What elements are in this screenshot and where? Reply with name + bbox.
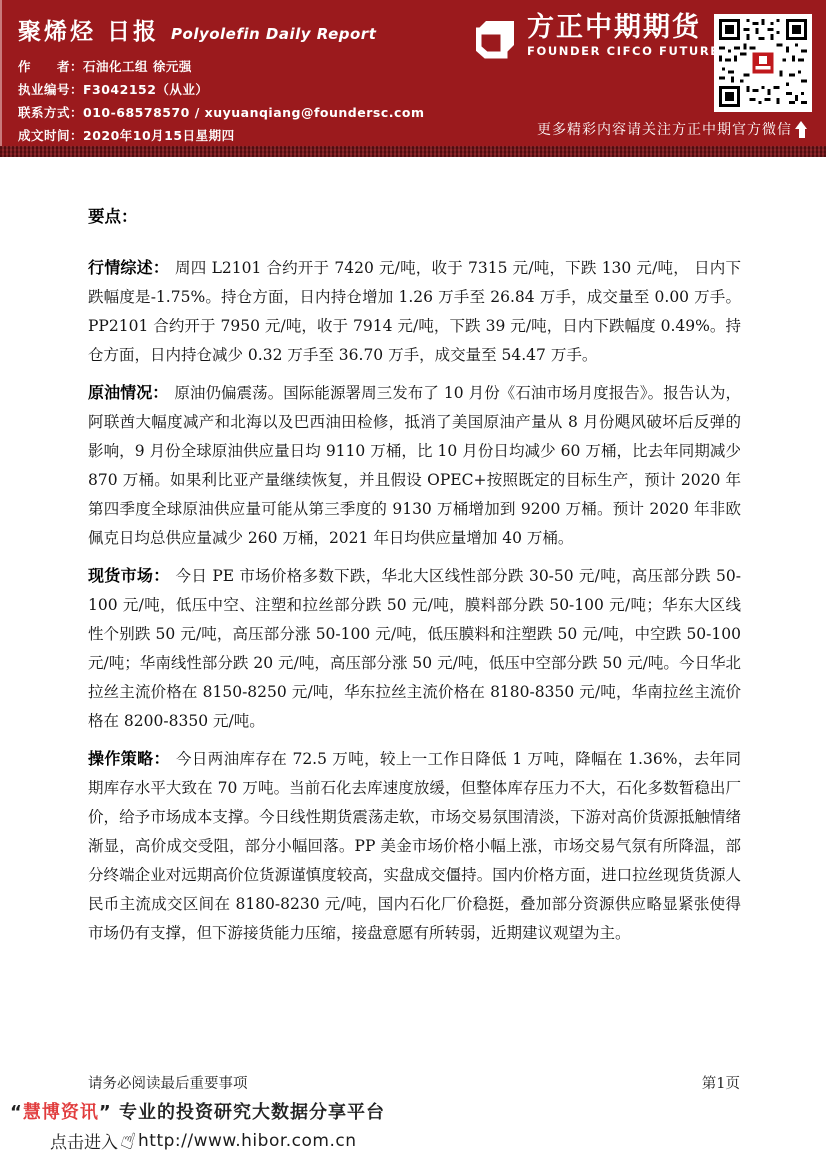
report-title: 聚烯烃 日报 Polyolefin Daily Report xyxy=(18,13,425,46)
hibor-url-link[interactable]: http://www.hibor.com.cn xyxy=(138,1131,357,1151)
hibor-brand-name: 慧博资讯 xyxy=(23,1102,99,1123)
masthead-texture-strip xyxy=(0,146,826,157)
section-text-market-summary: 周四 L2101 合约开于 7420 元/吨，收于 7315 元/吨，下跌 13… xyxy=(88,259,741,364)
open-quote: “ xyxy=(10,1102,23,1123)
hand-pointer-icon: ☝ xyxy=(118,1129,138,1152)
section-label-market-summary: 行情综述： xyxy=(88,258,169,277)
enter-label: 点击进入 xyxy=(50,1128,118,1153)
report-date-row: 成文时间：2020年10月15日星期四 xyxy=(18,124,425,147)
page-number: 第1页 xyxy=(702,1072,740,1093)
wechat-follow-note: 更多精彩内容请关注方正中期官方微信 xyxy=(537,119,808,139)
section-label-spot-market: 现货市场： xyxy=(88,566,170,585)
wechat-qr-code xyxy=(714,14,812,112)
footer-disclaimer-note: 请务必阅读最后重要事项 xyxy=(88,1072,248,1093)
founder-cifco-logo: 方正中期期货 FOUNDER CIFCO FUTURES xyxy=(476,13,730,61)
hibor-tagline-row: “慧博资讯” 专业的投资研究大数据分享平台 xyxy=(10,1098,385,1124)
report-content: 要点： 行情综述：周四 L2101 合约开于 7420 元/吨，收于 7315 … xyxy=(0,157,826,948)
section-strategy: 操作策略：今日两油库存在 72.5 万吨，较上一工作日降低 1 万吨，降幅在 1… xyxy=(88,744,741,948)
section-label-strategy: 操作策略： xyxy=(88,749,170,768)
section-label-crude-oil: 原油情况： xyxy=(88,383,168,402)
report-masthead: 聚烯烃 日报 Polyolefin Daily Report 作 者：石油化工组… xyxy=(0,0,826,146)
section-spot-market: 现货市场：今日 PE 市场价格多数下跌，华北大区线性部分跌 30-50 元/吨，… xyxy=(88,561,741,736)
contact-row: 联系方式：010-68578570 / xuyuanqiang@founders… xyxy=(18,101,425,124)
report-page: 聚烯烃 日报 Polyolefin Daily Report 作 者：石油化工组… xyxy=(0,0,826,1169)
close-quote: ” xyxy=(99,1102,112,1123)
section-text-strategy: 今日两油库存在 72.5 万吨，较上一工作日降低 1 万吨，降幅在 1.36%，… xyxy=(88,750,741,942)
section-text-crude-oil: 原油仍偏震荡。国际能源署周三发布了 10 月份《石油市场月度报告》。报告认为，阿… xyxy=(88,384,741,547)
section-market-summary: 行情综述：周四 L2101 合约开于 7420 元/吨，收于 7315 元/吨，… xyxy=(88,253,741,370)
author-row: 作 者：石油化工组 徐元强 xyxy=(18,55,425,78)
hibor-link-row: 点击进入 ☝ http://www.hibor.com.cn xyxy=(50,1128,385,1153)
report-title-cn: 聚烯烃 日报 xyxy=(18,13,159,46)
founder-logo-cn: 方正中期期货 xyxy=(527,13,730,43)
report-meta: 作 者：石油化工组 徐元强 执业编号：F3042152（从业） 联系方式：010… xyxy=(18,55,425,147)
section-crude-oil: 原油情况：原油仍偏震荡。国际能源署周三发布了 10 月份《石油市场月度报告》。报… xyxy=(88,378,741,553)
masthead-left-block: 聚烯烃 日报 Polyolefin Daily Report 作 者：石油化工组… xyxy=(18,13,425,147)
report-title-en: Polyolefin Daily Report xyxy=(171,25,376,43)
hibor-tagline: 专业的投资研究大数据分享平台 xyxy=(112,1102,385,1123)
license-row: 执业编号：F3042152（从业） xyxy=(18,78,425,101)
founder-logo-icon xyxy=(476,15,518,61)
founder-logo-en: FOUNDER CIFCO FUTURES xyxy=(527,44,730,58)
keypoints-heading: 要点： xyxy=(88,203,741,227)
founder-logo-text: 方正中期期货 FOUNDER CIFCO FUTURES xyxy=(527,13,730,58)
page-footer: 请务必阅读最后重要事项 第1页 xyxy=(88,1072,740,1093)
wechat-follow-text: 更多精彩内容请关注方正中期官方微信 xyxy=(537,119,792,139)
section-text-spot-market: 今日 PE 市场价格多数下跌，华北大区线性部分跌 30-50 元/吨，高压部分跌… xyxy=(88,567,741,730)
hibor-branding: “慧博资讯” 专业的投资研究大数据分享平台 点击进入 ☝ http://www.… xyxy=(10,1098,385,1153)
up-arrow-icon xyxy=(795,121,808,138)
